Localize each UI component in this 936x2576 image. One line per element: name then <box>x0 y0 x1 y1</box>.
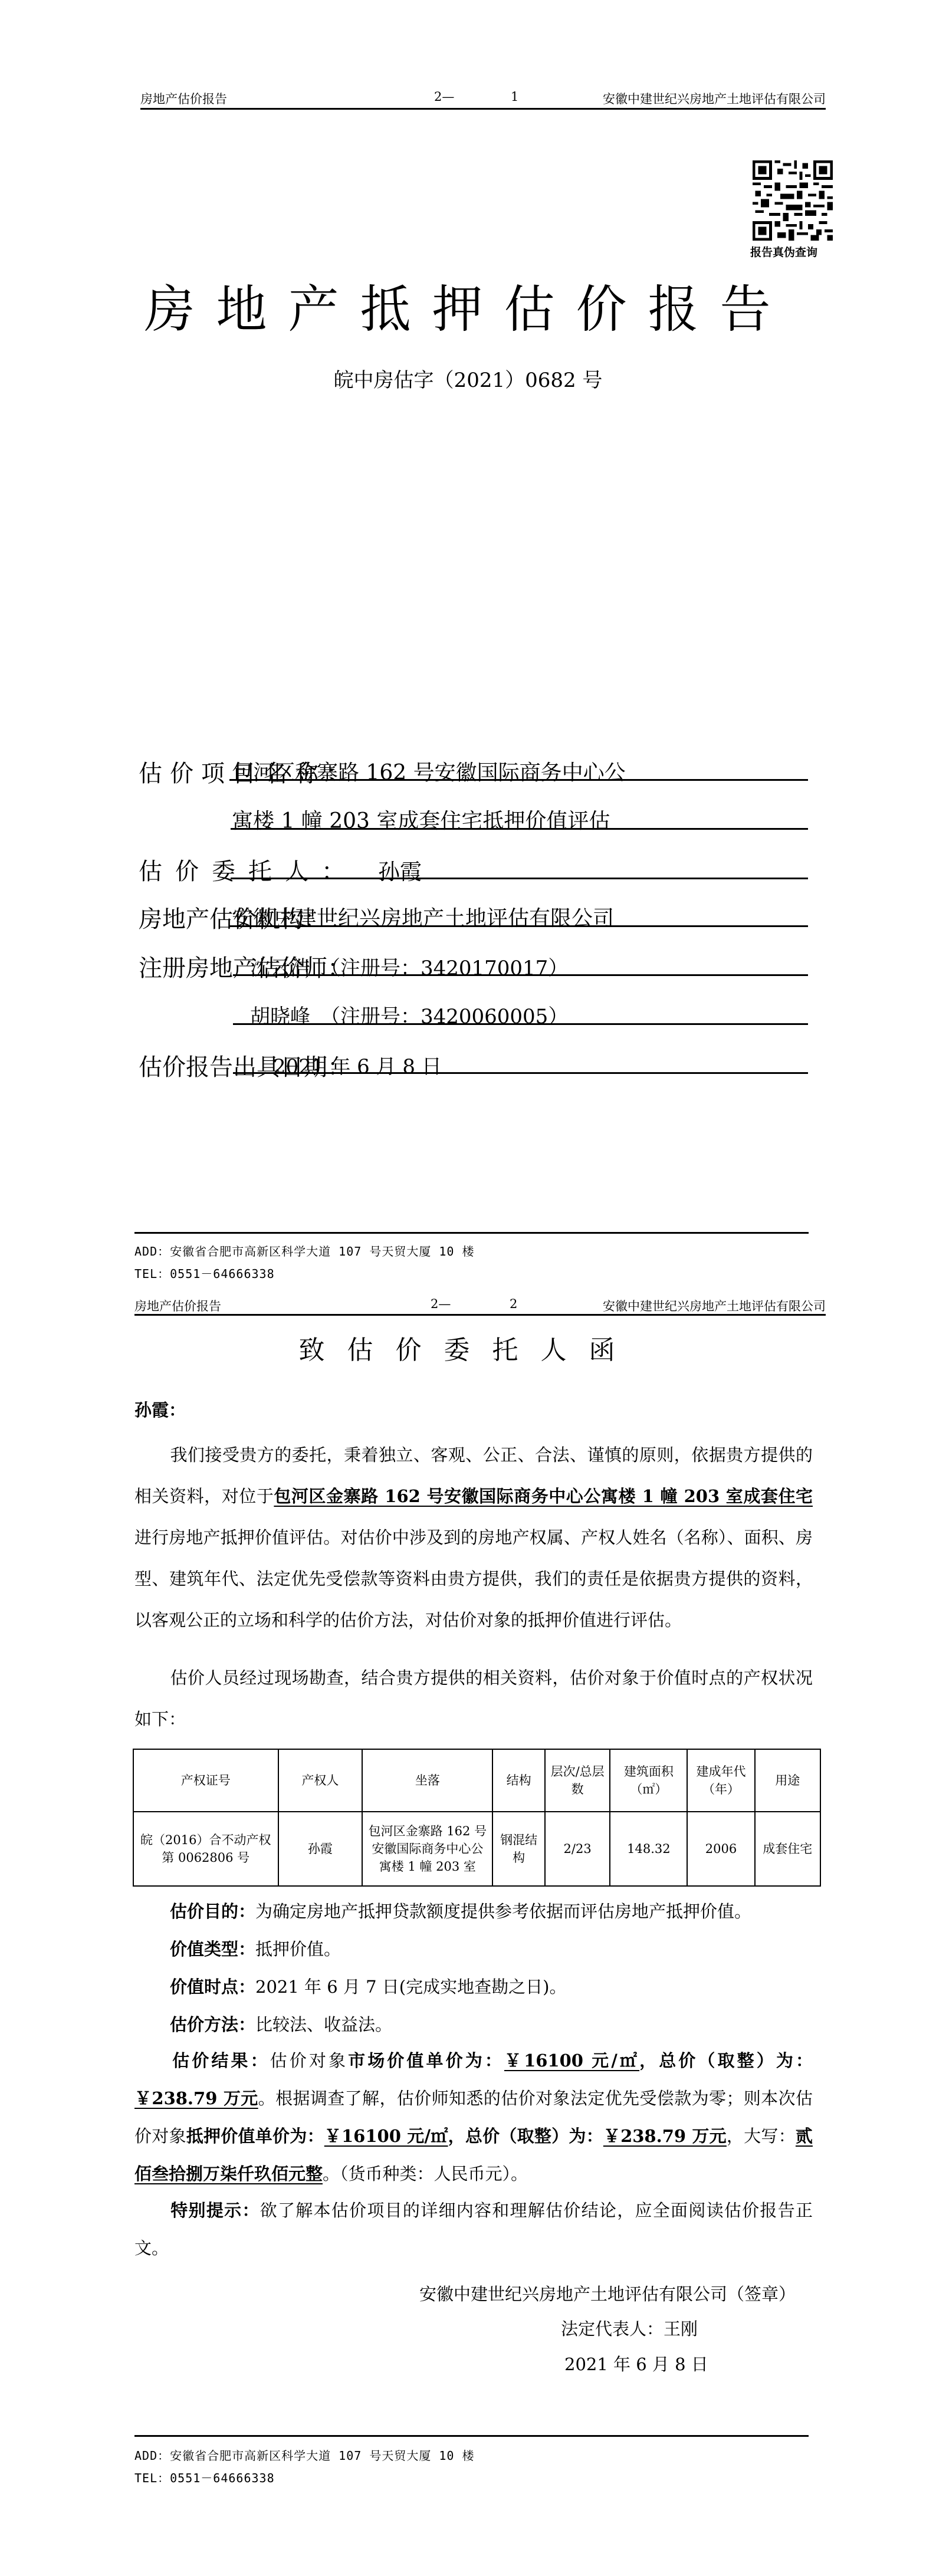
project-name-value-line2: 寓楼 1 幢 203 室成套住宅抵押价值评估 <box>232 804 610 834</box>
header-page-number: 1 <box>511 90 518 104</box>
client-underline <box>231 878 808 879</box>
valuation-date-item: 价值时点：2021 年 6 月 7 日(完成实地查勘之日)。 <box>134 1966 813 2007</box>
col-header-built-year: 建成年代（年） <box>687 1749 754 1812</box>
footer-address: ADD：安徽省合肥市高新区科学大道 107 号天贸大厦 10 楼 <box>134 1242 475 1259</box>
mortgage-total-price: ￥238.79 万元 <box>603 2126 727 2146</box>
signature-date: 2021 年 6 月 8 日 <box>564 2351 708 2375</box>
col-header-usage: 用途 <box>755 1749 820 1812</box>
result-label: 估价结果： <box>170 2051 270 2071</box>
footer-divider <box>134 2435 809 2437</box>
header-page-prefix: 2— <box>434 90 454 104</box>
property-rights-table: 产权证号 产权人 坐落 结构 层次/总层数 建筑面积（㎡） 建成年代（年） 用途… <box>133 1749 821 1887</box>
result-text-2: ，总价（取整）为： <box>639 2051 813 2071</box>
market-unit-price: ￥16100 元/㎡ <box>504 2051 639 2071</box>
header-report-type: 房地产估价报告 <box>140 90 227 107</box>
footer-tel: TEL：0551－64666338 <box>134 2469 275 2486</box>
col-header-location: 坐落 <box>362 1749 492 1812</box>
method-item: 估价方法：比较法、收益法。 <box>134 2004 813 2045</box>
result-text-1: 估价对象 <box>270 2051 348 2071</box>
footer-tel: TEL：0551－64666338 <box>134 1264 275 1282</box>
purpose-label: 估价目的： <box>170 1901 255 1921</box>
issue-date-value: 2021 年 6 月 8 日 <box>273 1050 442 1079</box>
valuation-date-label: 价值时点： <box>170 1977 255 1997</box>
cell-location: 包河区金寨路 162 号安徽国际商务中心公寓楼 1 幢 203 室 <box>362 1812 492 1886</box>
cell-built-year: 2006 <box>687 1812 754 1886</box>
qr-code-icon[interactable] <box>753 160 833 241</box>
header-company: 安徽中建世纪兴房地产土地评估有限公司 <box>603 1297 826 1315</box>
purpose-value: 为确定房地产抵押贷款额度提供参考依据而评估房地产抵押价值。 <box>255 1901 751 1921</box>
property-address: 包河区金寨路 162 号安徽国际商务中心公寓楼 1 幢 203 室成套住宅 <box>274 1486 813 1506</box>
qr-verify-label: 报告真伪查询 <box>750 244 817 259</box>
salutation: 孙霞： <box>134 1389 813 1431</box>
signing-company: 安徽中建世纪兴房地产土地评估有限公司（签章） <box>419 2281 796 2305</box>
mortgage-unit-price: ￥16100 元/㎡ <box>324 2126 448 2146</box>
status-text: 估价人员经过现场勘查，结合贵方提供的相关资料，估价对象于价值时点的产权状况如下： <box>134 1668 813 1729</box>
appraiser-1-underline <box>233 974 808 976</box>
special-notice: 特别提示：欲了解本估价项目的详细内容和理解估价结论，应全面阅读估价报告正文。 <box>134 2191 813 2267</box>
report-title: 房地产抵押估价报告 <box>0 268 936 341</box>
issue-date-underline <box>233 1072 808 1074</box>
value-type-item: 价值类型：抵押价值。 <box>134 1928 813 1970</box>
result-text-6: ，大写： <box>727 2126 796 2146</box>
appraiser-2-underline <box>233 1023 808 1025</box>
cell-area: 148.32 <box>610 1812 687 1886</box>
col-header-cert-no: 产权证号 <box>133 1749 278 1812</box>
header-company: 安徽中建世纪兴房地产土地评估有限公司 <box>603 90 826 107</box>
result-text-4: 抵押价值单价为： <box>186 2126 324 2146</box>
value-type-value: 抵押价值。 <box>255 1939 341 1959</box>
cell-structure: 钢混结构 <box>492 1812 544 1886</box>
result-paragraph: 估价结果：估价对象市场价值单价为：￥16100 元/㎡，总价（取整）为：￥238… <box>134 2042 813 2193</box>
cell-owner: 孙霞 <box>278 1812 363 1886</box>
cell-cert-no: 皖（2016）合不动产权第 0062806 号 <box>133 1812 278 1886</box>
status-paragraph: 估价人员经过现场勘查，结合贵方提供的相关资料，估价对象于价值时点的产权状况如下： <box>134 1657 813 1740</box>
table-header-row: 产权证号 产权人 坐落 结构 层次/总层数 建筑面积（㎡） 建成年代（年） 用途 <box>133 1749 820 1812</box>
purpose-item: 估价目的：为确定房地产抵押贷款额度提供参考依据而评估房地产抵押价值。 <box>134 1891 813 1932</box>
market-total-price: ￥238.79 万元 <box>134 2088 258 2108</box>
col-header-area: 建筑面积（㎡） <box>610 1749 687 1812</box>
footer-divider <box>134 1232 809 1234</box>
col-header-structure: 结构 <box>492 1749 544 1812</box>
agency-value: 安徽中建世纪兴房地产土地评估有限公司 <box>232 902 614 932</box>
appraiser-1-value: 沈云浩 （注册号：3420170017） <box>250 952 568 981</box>
result-text-5: ，总价（取整）为： <box>448 2126 603 2146</box>
project-name-underline-2 <box>231 828 808 830</box>
header-report-type: 房地产估价报告 <box>134 1297 221 1315</box>
value-type-label: 价值类型： <box>170 1939 255 1959</box>
cell-usage: 成套住宅 <box>755 1812 820 1886</box>
footer-address: ADD：安徽省合肥市高新区科学大道 107 号天贸大厦 10 楼 <box>134 2446 475 2463</box>
method-label: 估价方法： <box>170 2015 255 2035</box>
client-value: 孙霞 <box>300 854 500 886</box>
legal-representative: 法定代表人：王刚 <box>561 2316 698 2340</box>
letter-title: 致估价委托人函 <box>0 1329 936 1366</box>
col-header-owner: 产权人 <box>278 1749 363 1812</box>
result-text-1b: 市场价值单价为： <box>348 2051 504 2071</box>
project-name-value-line1: 包河区金寨路 162 号安徽国际商务中心公 <box>232 756 626 786</box>
valuation-date-value: 2021 年 6 月 7 日(完成实地查勘之日)。 <box>255 1977 566 1997</box>
col-header-floor: 层次/总层数 <box>545 1749 610 1812</box>
header-page-number: 2 <box>510 1297 517 1311</box>
project-name-underline-1 <box>229 779 808 781</box>
header-divider <box>134 1314 826 1316</box>
header-divider <box>140 108 826 110</box>
header-page-prefix: 2— <box>431 1297 451 1311</box>
agency-underline <box>229 925 808 927</box>
result-text-7: 。（货币种类：人民币元）。 <box>323 2164 528 2184</box>
intro-paragraph: 我们接受贵方的委托，秉着独立、客观、公正、合法、谨慎的原则，依据贵方提供的相关资… <box>134 1434 813 1641</box>
cell-floor: 2/23 <box>545 1812 610 1886</box>
notice-label: 特别提示： <box>170 2200 260 2220</box>
method-value: 比较法、收益法。 <box>255 2015 392 2035</box>
report-number: 皖中房估字（2021）0682 号 <box>0 364 936 393</box>
intro-text-c: 进行房地产抵押价值评估。对估价中涉及到的房地产权属、产权人姓名（名称）、面积、房… <box>134 1527 813 1630</box>
page-header: 房地产估价报告 2— 1 安徽中建世纪兴房地产土地评估有限公司 <box>140 90 826 110</box>
table-row: 皖（2016）合不动产权第 0062806 号 孙霞 包河区金寨路 162 号安… <box>133 1812 820 1886</box>
